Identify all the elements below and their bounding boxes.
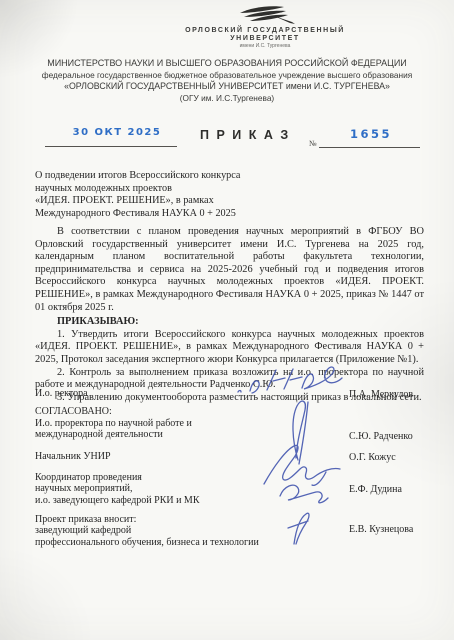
signer-role-drafter: Проект приказа вносит: заведующий кафедр… bbox=[35, 514, 259, 548]
date-stamp: 30 ОКТ 2025 bbox=[55, 127, 179, 138]
signer-role-unir-head: Начальник УНИР bbox=[35, 451, 111, 462]
signature-kozhus-ink bbox=[264, 445, 340, 485]
signature-kuznetsova-ink bbox=[288, 513, 309, 544]
signer-role-rector: И.о. ректора bbox=[35, 388, 88, 399]
institution-type-line: федеральное государственное бюджетное об… bbox=[0, 70, 454, 80]
signer-role-vice-rector: И.о. проректора по научной работе и межд… bbox=[35, 418, 192, 441]
signer-name-kozhus: О.Г. Кожус bbox=[349, 452, 396, 463]
signer-name-radchenko: С.Ю. Радченко bbox=[349, 431, 413, 442]
date-underline bbox=[45, 146, 177, 147]
logo-university-name-line1: ОРЛОВСКИЙ ГОСУДАРСТВЕННЫЙ bbox=[157, 27, 373, 34]
signature-radchenko-ink bbox=[293, 401, 308, 464]
number-sign: № bbox=[309, 139, 317, 148]
ministry-line: МИНИСТЕРСТВО НАУКИ И ВЫСШЕГО ОБРАЗОВАНИЯ… bbox=[0, 58, 454, 68]
signer-name-merkulov: П.А. Меркулов bbox=[349, 389, 413, 400]
signer-name-dudina: Е.Ф. Дудина bbox=[349, 484, 402, 495]
resolve-heading: ПРИКАЗЫВАЮ: bbox=[35, 316, 424, 329]
intro-paragraph: В соответствии с планом проведения научн… bbox=[35, 226, 424, 314]
number-underline bbox=[319, 147, 420, 148]
feather-logo-icon bbox=[234, 6, 296, 26]
logo-university-name-line3: имени И.С. Тургенева bbox=[157, 43, 373, 49]
order-body: В соответствии с планом проведения научн… bbox=[35, 226, 424, 404]
university-logo: ОРЛОВСКИЙ ГОСУДАРСТВЕННЫЙ УНИВЕРСИТЕТ им… bbox=[157, 6, 373, 49]
signature-dudina-ink bbox=[280, 485, 328, 503]
order-item-1: 1. Утвердить итоги Всероссийского конкур… bbox=[35, 329, 424, 367]
university-short-name-line: (ОГУ им. И.С.Тургенева) bbox=[0, 93, 454, 103]
signer-role-coordinator: Координатор проведения научных мероприят… bbox=[35, 472, 200, 506]
signer-name-kuznetsova: Е.В. Кузнецова bbox=[349, 524, 413, 535]
order-title: П Р И К А З bbox=[200, 128, 290, 142]
order-subject: О подведении итогов Всероссийского конку… bbox=[35, 170, 285, 220]
university-full-name-line: «ОРЛОВСКИЙ ГОСУДАРСТВЕННЫЙ УНИВЕРСИТЕТ и… bbox=[0, 81, 454, 91]
order-item-2: 2. Контроль за выполнением приказа возло… bbox=[35, 367, 424, 392]
scanned-order-page: ОРЛОВСКИЙ ГОСУДАРСТВЕННЫЙ УНИВЕРСИТЕТ им… bbox=[0, 0, 454, 640]
logo-university-name-line2: УНИВЕРСИТЕТ bbox=[157, 35, 373, 42]
agreed-heading: СОГЛАСОВАНО: bbox=[35, 406, 112, 417]
order-number-stamp: 1655 bbox=[336, 127, 406, 141]
